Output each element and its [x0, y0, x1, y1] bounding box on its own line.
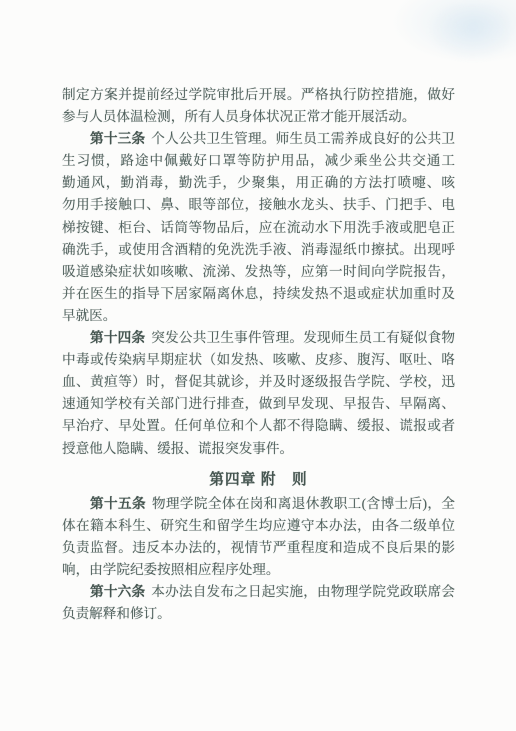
text-line: 确洗手，或使用含酒精的免洗洗手液、消毒湿纸巾擦拭。出现呼 — [62, 239, 455, 261]
chapter-heading: 第四章 附 则 — [62, 469, 455, 491]
text-line: 参与人员体温检测，所有人员身体状况正常才能开展活动。 — [62, 106, 455, 128]
text-line: 生习惯，路途中佩戴好口罩等防护用品，减少乘坐公共交通工具， — [62, 150, 455, 172]
text-line: 早治疗、早处置。任何单位和个人都不得隐瞒、缓报、谎报或者 — [62, 415, 455, 437]
text-line: 速通知学校有关部门进行排查，做到早发现、早报告、早隔离、 — [62, 393, 455, 415]
text-line: 第十五条物理学院全体在岗和离退休教职工(含博士后)，全 — [62, 493, 455, 515]
text-line: 并在医生的指导下居家隔离休息，持续发热不退或症状加重时及 — [62, 283, 455, 305]
text-line: 负责监督。违反本办法的，视情节严重程度和造成不良后果的影 — [62, 537, 455, 559]
text-line: 第十四条突发公共卫生事件管理。发现师生员工有疑似食物 — [62, 327, 455, 349]
text-line: 授意他人隐瞒、缓报、谎报突发事件。 — [62, 438, 455, 460]
document-page: 制定方案并提前经过学院审批后开展。严格执行防控措施，做好参与人员体温检测，所有人… — [0, 0, 516, 731]
text-line: 血、黄疸等）时，督促其就诊，并及时逐级报告学院、学校，迅 — [62, 371, 455, 393]
text-line: 体在籍本科生、研究生和留学生均应遵守本办法，由各二级单位 — [62, 515, 455, 537]
document-body: 制定方案并提前经过学院审批后开展。严格执行防控措施，做好参与人员体温检测，所有人… — [62, 84, 455, 625]
article-number: 第十三条 — [90, 131, 145, 146]
text-line: 吸道感染症状如咳嗽、流涕、发热等，应第一时间向学院报告， — [62, 261, 455, 283]
text-line: 响，由学院纪委按照相应程序处理。 — [62, 559, 455, 581]
text-line: 勿用手接触口、鼻、眼等部位，接触水龙头、扶手、门把手、电 — [62, 194, 455, 216]
article-number: 第十六条 — [90, 584, 145, 599]
text-line: 中毒或传染病早期症状（如发热、咳嗽、皮疹、腹泻、呕吐、咯 — [62, 349, 455, 371]
text-line: 第十三条个人公共卫生管理。师生员工需养成良好的公共卫 — [62, 128, 455, 150]
article-number: 第十四条 — [90, 330, 145, 345]
text-line: 勤通风，勤消毒，勤洗手，少聚集，用正确的方法打喷嚏、咳嗽， — [62, 172, 455, 194]
text-line: 第十六条本办法自发布之日起实施，由物理学院党政联席会 — [62, 581, 455, 603]
article-number: 第十五条 — [90, 496, 146, 511]
text-line: 制定方案并提前经过学院审批后开展。严格执行防控措施，做好 — [62, 84, 455, 106]
text-line: 早就医。 — [62, 305, 455, 327]
scan-smudge-artifact — [426, 4, 510, 62]
text-line: 负责解释和修订。 — [62, 603, 455, 625]
text-line: 梯按键、柜台、话筒等物品后，应在流动水下用洗手液或肥皂正 — [62, 217, 455, 239]
